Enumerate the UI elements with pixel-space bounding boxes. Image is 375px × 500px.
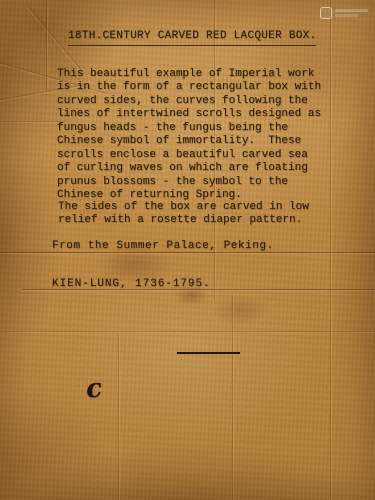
paragraph-sides: The sides of the box are carved in low r… <box>58 201 309 228</box>
paragraph-description: This beautiful example of Imperial work … <box>57 68 321 203</box>
watermark-logo-icon <box>320 7 332 19</box>
document-title: 18TH.CENTURY CARVED RED LACQUER BOX. <box>68 30 316 46</box>
watermark-text-illegible <box>335 9 368 17</box>
photographed-document: 18TH.CENTURY CARVED RED LACQUER BOX. Thi… <box>0 0 375 500</box>
provenance-line: From the Summer Palace, Peking. <box>52 240 274 253</box>
dynasty-date-line: KIEN-LUNG, 1736-1795. <box>52 278 211 291</box>
watermark <box>320 7 368 19</box>
separator-dash <box>177 352 240 354</box>
handwritten-annotation: c <box>84 373 103 404</box>
